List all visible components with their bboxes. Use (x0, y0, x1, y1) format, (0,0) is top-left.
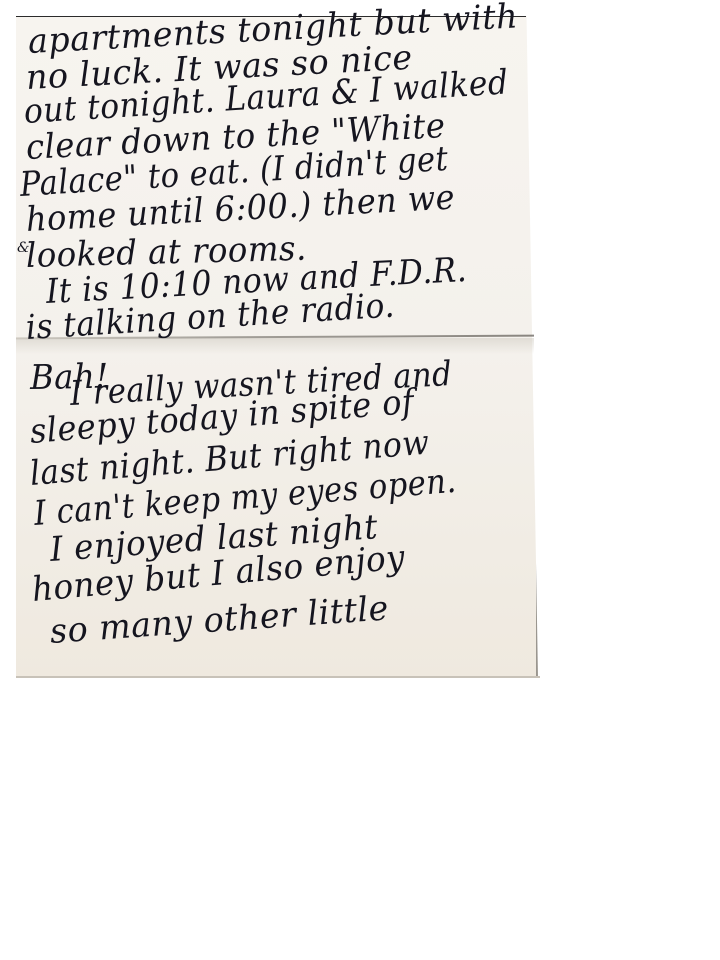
paper-bottom-edge (16, 676, 540, 678)
